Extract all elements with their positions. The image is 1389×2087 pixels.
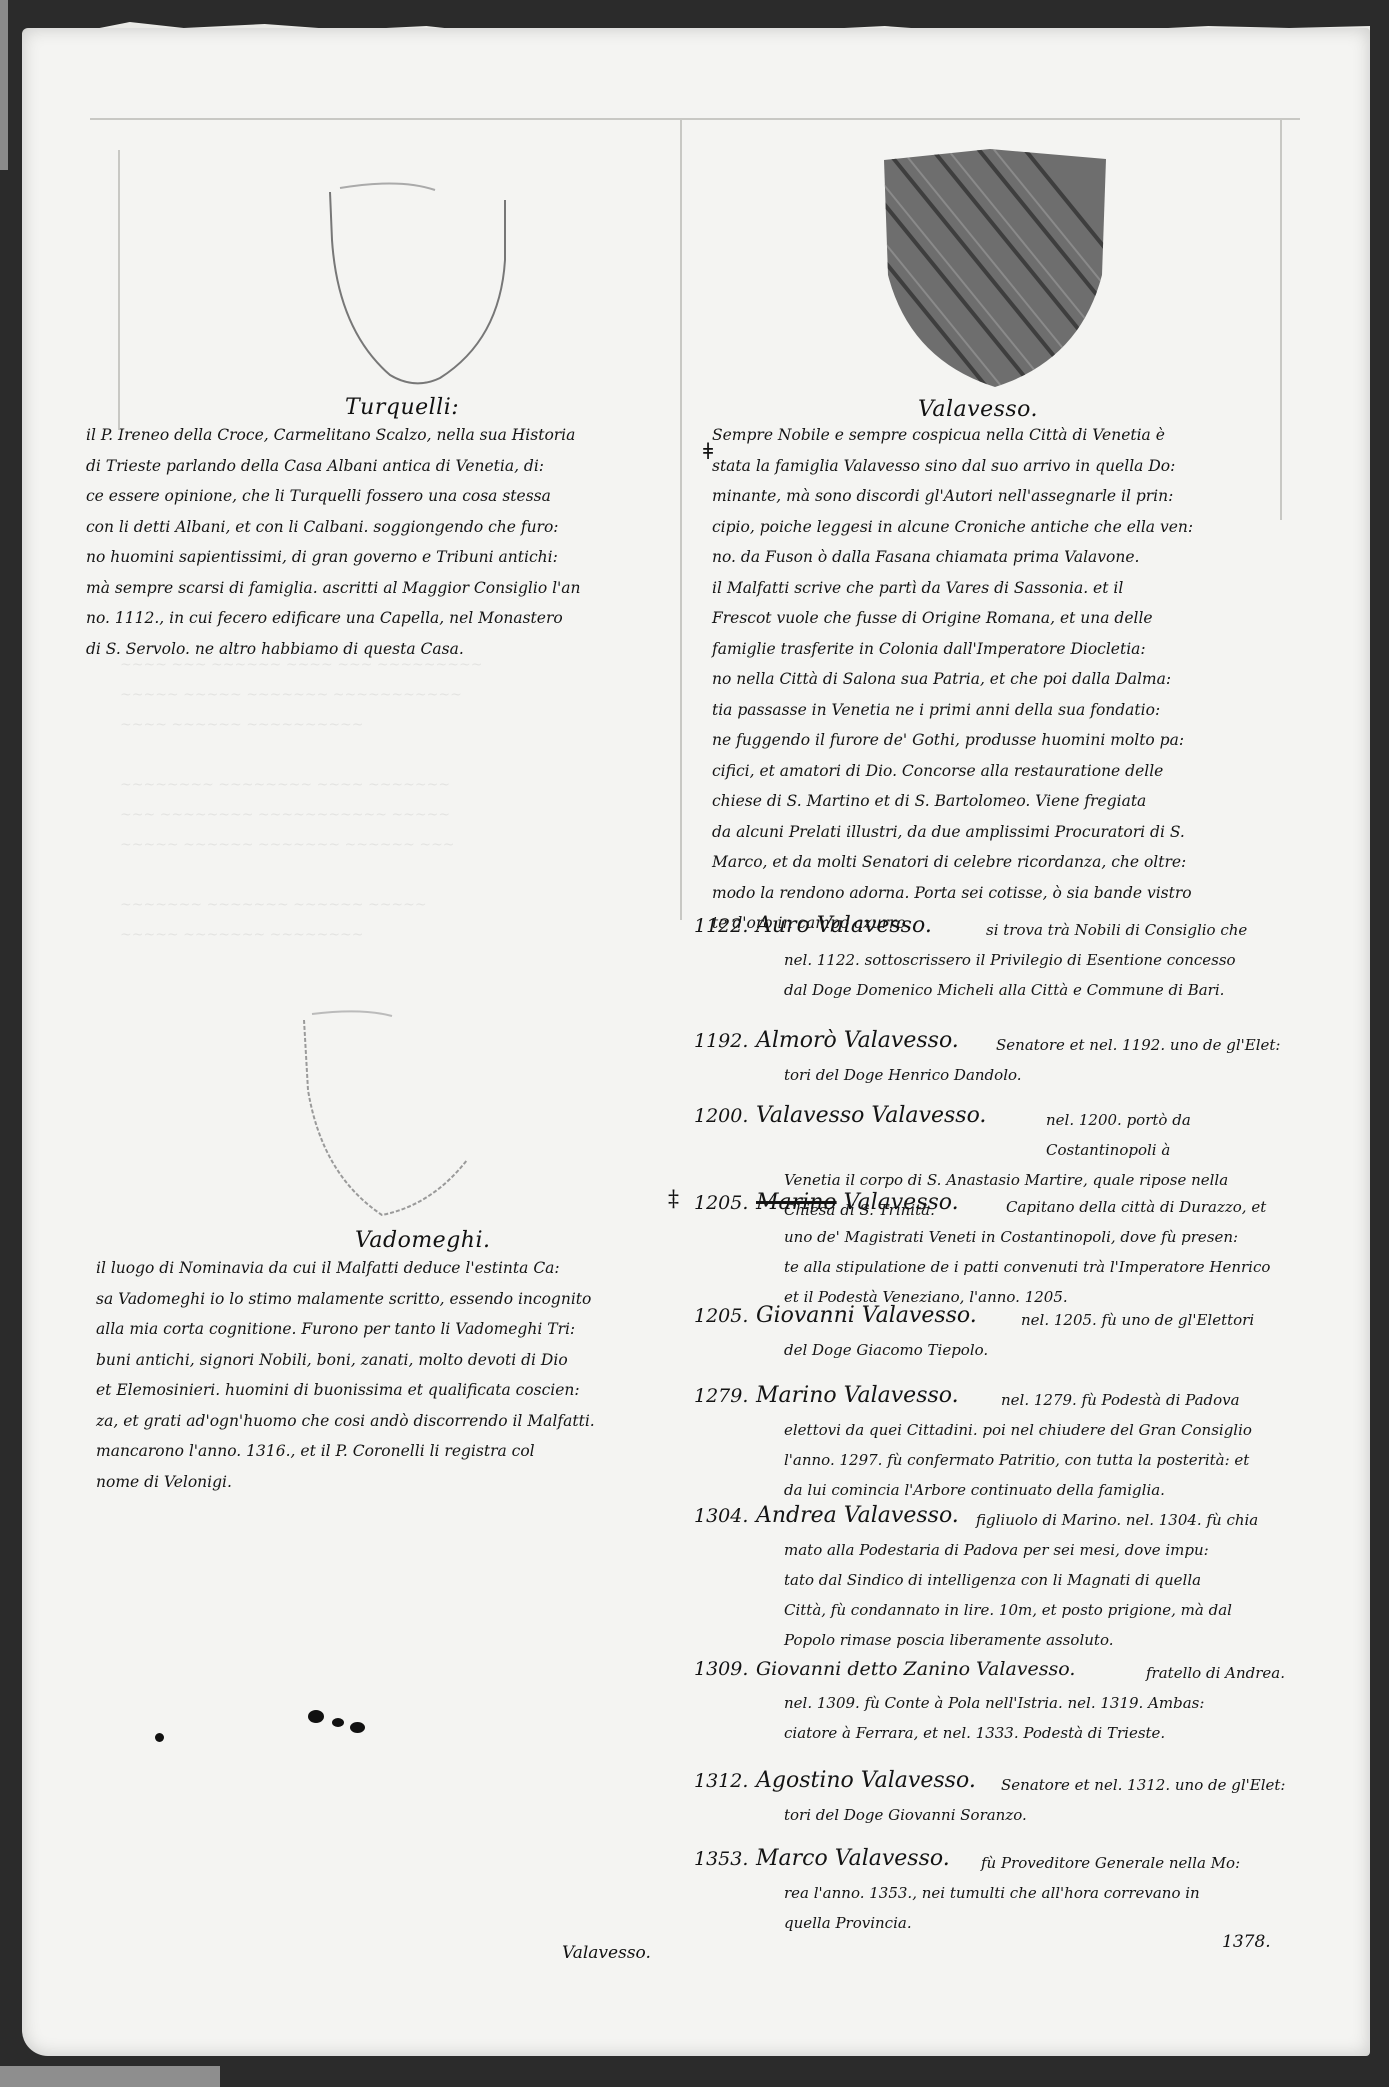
- text-line: Senatore et nel. 1312. uno de gl'Elet:: [756, 1770, 1296, 1800]
- text-line: za, et grati ad'ogn'huomo che cosi andò …: [114, 1406, 704, 1437]
- text-line: cifici, et amatori di Dio. Concorse alla…: [730, 756, 1320, 787]
- text-line: chiese di S. Martino et di S. Bartolomeo…: [730, 786, 1320, 817]
- text-line: del Doge Giacomo Tiepolo.: [756, 1335, 1296, 1365]
- ink-blot: [350, 1722, 365, 1733]
- entry-text: fratello di Andrea. nel. 1309. fù Conte …: [756, 1658, 1296, 1748]
- text-line: cipio, poiche leggesi in alcune Croniche…: [730, 512, 1320, 543]
- text-line: minante, mà sono discordi gl'Autori nell…: [730, 481, 1320, 512]
- entry-text: nel. 1279. fù Podestà di Padova elettovi…: [756, 1385, 1296, 1505]
- text-line: Senatore et nel. 1192. uno de gl'Elet:: [756, 1030, 1296, 1060]
- text-line: nel. 1205. fù uno de gl'Elettori: [756, 1305, 1296, 1335]
- text-line: quella Provincia.: [756, 1908, 1296, 1938]
- text-line: tia passasse in Venetia ne i primi anni …: [730, 695, 1320, 726]
- catchword: Valavesso.: [562, 1943, 651, 1963]
- section-heading-valavesso: Valavesso.: [918, 397, 1038, 422]
- text-line: tato dal Sindico di intelligenza con li …: [756, 1565, 1296, 1595]
- text-line: rea l'anno. 1353., nei tumulti che all'h…: [756, 1878, 1296, 1908]
- entry-text: si trova trà Nobili di Consiglio che nel…: [756, 915, 1296, 1005]
- text-line: l'anno. 1297. fù confermato Patritio, co…: [756, 1445, 1296, 1475]
- text-line: no huomini sapientissimi, di gran govern…: [104, 542, 704, 573]
- text-line: nel. 1200. portò da Costantinopoli à: [756, 1105, 1296, 1165]
- entry-year: 1205.: [694, 1192, 754, 1214]
- bleed-through-text: ~~~~ ~~~ ~~~~~~ ~~~~ ~~~ ~~~~~~~~~~~~~~ …: [120, 650, 640, 950]
- entry-year: 1200.: [694, 1105, 754, 1127]
- entry-text: figliuolo di Marino. nel. 1304. fù chia …: [756, 1505, 1296, 1655]
- entry-text: nel. 1205. fù uno de gl'Elettori del Dog…: [756, 1305, 1296, 1365]
- text-line: no. 1112., in cui fecero edificare una C…: [104, 603, 704, 634]
- section-text-valavesso-intro: Sempre Nobile e sempre cospicua nella Ci…: [712, 420, 1320, 939]
- text-line: tori del Doge Henrico Dandolo.: [756, 1060, 1296, 1090]
- text-line: fù Proveditore Generale nella Mo:: [756, 1848, 1296, 1878]
- scan-edge-strip: [0, 0, 8, 170]
- ink-blot: [332, 1718, 344, 1727]
- text-line: fratello di Andrea.: [756, 1658, 1296, 1688]
- text-line: di Trieste parlando della Casa Albani an…: [104, 451, 704, 482]
- text-line: elettovi da quei Cittadini. poi nel chiu…: [756, 1415, 1296, 1445]
- text-line: mà sempre scarsi di famiglia. ascritti a…: [104, 573, 704, 604]
- text-line: Popolo rimase poscia liberamente assolut…: [756, 1625, 1296, 1655]
- text-line: famiglie trasferite in Colonia dall'Impe…: [730, 634, 1320, 665]
- entry-year: 1304.: [694, 1505, 754, 1527]
- text-line: da lui comincia l'Arbore continuato dell…: [756, 1475, 1296, 1505]
- section-heading-vadomeghi: Vadomeghi.: [355, 1228, 490, 1253]
- entry-year: 1353.: [694, 1848, 754, 1870]
- text-line: Capitano della città di Durazzo, et: [756, 1192, 1296, 1222]
- text-line: te alla stipulatione de i patti convenut…: [756, 1252, 1296, 1282]
- text-line: et Elemosinieri. huomini di buonissima e…: [114, 1375, 704, 1406]
- text-line: nel. 1279. fù Podestà di Padova: [756, 1385, 1296, 1415]
- ink-blot: [155, 1733, 164, 1742]
- ink-blot: [308, 1710, 324, 1723]
- text-line: il Malfatti scrive che partì da Vares di…: [730, 573, 1320, 604]
- text-line: stata la famiglia Valavesso sino dal suo…: [730, 451, 1320, 482]
- text-line: nel. 1309. fù Conte à Pola nell'Istria. …: [756, 1688, 1296, 1718]
- text-line: no. da Fuson ò dalla Fasana chiamata pri…: [730, 542, 1320, 573]
- section-heading-turquelli: Turquelli:: [345, 395, 459, 420]
- entry-year: 1309.: [694, 1658, 754, 1680]
- text-line: tori del Doge Giovanni Soranzo.: [756, 1800, 1296, 1830]
- text-line: ce essere opinione, che li Turquelli fos…: [104, 481, 704, 512]
- entry-year: 1279.: [694, 1385, 754, 1407]
- empty-shield-outline-vadomeghi: [282, 1010, 482, 1230]
- text-line: Marco, et da molti Senatori di celebre r…: [730, 847, 1320, 878]
- entry-year: 1192.: [694, 1030, 754, 1052]
- text-line: no nella Città di Salona sua Patria, et …: [730, 664, 1320, 695]
- text-line: si trova trà Nobili di Consiglio che: [756, 915, 1296, 945]
- text-line: mancarono l'anno. 1316., et il P. Corone…: [114, 1436, 704, 1467]
- text-line: nome di Velonigi.: [114, 1467, 704, 1498]
- scan-edge-strip-bottom: [0, 2066, 220, 2087]
- entry-text: fù Proveditore Generale nella Mo: rea l'…: [756, 1848, 1296, 1938]
- text-line: Città, fù condannato in lire. 10m, et po…: [756, 1595, 1296, 1625]
- text-line: ne fuggendo il furore de' Gothi, produss…: [730, 725, 1320, 756]
- text-line: sa Vadomeghi io lo stimo malamente scrit…: [114, 1284, 704, 1315]
- entry-year: 1205.: [694, 1305, 754, 1327]
- text-line: buni antichi, signori Nobili, boni, zana…: [114, 1345, 704, 1376]
- entry-text: Senatore et nel. 1192. uno de gl'Elet: t…: [756, 1030, 1296, 1090]
- text-line: Sempre Nobile e sempre cospicua nella Ci…: [730, 420, 1320, 451]
- empty-shield-outline-turquelli: [290, 180, 520, 410]
- text-line: da alcuni Prelati illustri, da due ampli…: [730, 817, 1320, 848]
- text-line: dal Doge Domenico Micheli alla Città e C…: [756, 975, 1296, 1005]
- text-line: il luogo di Nominavia da cui il Malfatti…: [114, 1253, 704, 1284]
- text-line: modo la rendono adorna. Porta sei cotiss…: [730, 878, 1320, 909]
- margin-cross-mark: ‡: [668, 1187, 679, 1212]
- ruled-line-left-margin: [118, 150, 120, 430]
- text-line: ciatore à Ferrara, et nel. 1333. Podestà…: [756, 1718, 1296, 1748]
- entry-text: Senatore et nel. 1312. uno de gl'Elet: t…: [756, 1770, 1296, 1830]
- text-line: Frescot vuole che fusse di Origine Roman…: [730, 603, 1320, 634]
- text-line: alla mia corta cognitione. Furono per ta…: [114, 1314, 704, 1345]
- entry-year: 1122.: [694, 915, 754, 937]
- entry-year: 1312.: [694, 1770, 754, 1792]
- text-line: nel. 1122. sottoscrissero il Privilegio …: [756, 945, 1296, 975]
- text-line: uno de' Magistrati Veneti in Costantinop…: [756, 1222, 1296, 1252]
- coat-of-arms-valavesso: [880, 145, 1110, 390]
- section-text-vadomeghi: il luogo di Nominavia da cui il Malfatti…: [96, 1253, 704, 1497]
- text-line: mato alla Podestaria di Padova per sei m…: [756, 1535, 1296, 1565]
- ruled-line-top: [90, 118, 1300, 120]
- text-line: di S. Servolo. ne altro habbiamo di ques…: [104, 634, 704, 665]
- text-line: con li detti Albani, et con li Calbani. …: [104, 512, 704, 543]
- text-line: figliuolo di Marino. nel. 1304. fù chia: [756, 1505, 1296, 1535]
- text-line: il P. Ireneo della Croce, Carmelitano Sc…: [104, 420, 704, 451]
- section-text-turquelli: il P. Ireneo della Croce, Carmelitano Sc…: [86, 420, 704, 664]
- end-year-note: 1378.: [1222, 1932, 1271, 1952]
- entry-text: Capitano della città di Durazzo, et uno …: [756, 1192, 1296, 1312]
